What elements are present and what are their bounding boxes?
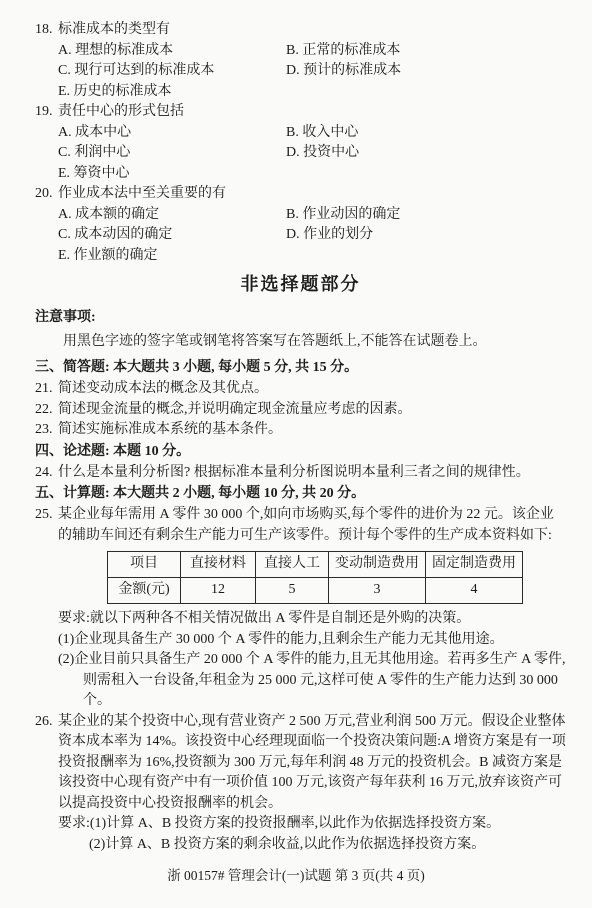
option-b: B. 正常的标准成本: [286, 41, 566, 62]
question-24: 24. 什么是本量利分析图? 根据标准本量利分析图说明本量利三者之间的规律性。: [35, 463, 566, 484]
options-row: E. 作业额的确定: [58, 246, 566, 267]
header-cell: 固定制造费用: [426, 552, 523, 578]
section-5-header: 五、计算题: 本大题共 2 小题, 每小题 10 分, 共 20 分。: [35, 483, 566, 505]
options-row: A. 理想的标准成本 B. 正常的标准成本: [58, 41, 566, 62]
data-cell: 4: [426, 578, 523, 604]
question-text: 简述现金流量的概念,并说明确定现金流量应考虑的因素。: [58, 402, 412, 417]
header-cell: 项目: [108, 552, 181, 578]
question-text: 标准成本的类型有: [58, 22, 170, 37]
header-cell: 直接人工: [256, 552, 329, 578]
option-a: A. 成本额的确定: [58, 205, 286, 226]
data-cell: 金额(元): [108, 578, 181, 604]
option-e: E. 筹资中心: [58, 164, 286, 185]
options-row: C. 利润中心 D. 投资中心: [58, 143, 566, 164]
question-text: 简述变动成本法的概念及其优点。: [58, 381, 268, 396]
option-d: D. 投资中心: [286, 143, 566, 164]
question-26: 26. 某企业的某个投资中心,现有营业资产 2 500 万元,营业利润 500 …: [35, 712, 566, 815]
option-c: C. 利润中心: [58, 143, 286, 164]
option-e: E. 作业额的确定: [58, 246, 286, 267]
question-20: 20. 作业成本法中至关重要的有: [35, 184, 566, 205]
option-e: E. 历史的标准成本: [58, 82, 286, 103]
option-b: B. 作业动因的确定: [286, 205, 566, 226]
notice-title: 注意事项:: [35, 306, 566, 330]
part-heading: 非选择题部分: [35, 272, 566, 296]
question-number: 22.: [35, 400, 53, 421]
q26-requirement-2: (2)计算 A、B 投资方案的剩余收益,以此作为依据选择投资方案。: [58, 835, 566, 856]
question-number: 23.: [35, 420, 53, 441]
question-text: 某企业每年需用 A 零件 30 000 个,如向市场购买,每个零件的进价为 22…: [58, 507, 554, 543]
data-cell: 12: [181, 578, 256, 604]
question-number: 18.: [35, 20, 53, 41]
options-row: C. 现行可达到的标准成本 D. 预计的标准成本: [58, 61, 566, 82]
section-3-header: 三、简答题: 本大题共 3 小题, 每小题 5 分, 共 15 分。: [35, 357, 566, 379]
data-cell: 3: [329, 578, 426, 604]
options-row: E. 历史的标准成本: [58, 82, 566, 103]
option-d: D. 作业的划分: [286, 225, 566, 246]
question-text: 作业成本法中至关重要的有: [58, 186, 226, 201]
q25-case-1: (1)企业现具备生产 30 000 个 A 零件的能力,且剩余生产能力无其他用途…: [58, 630, 566, 651]
question-number: 26.: [35, 712, 53, 733]
question-number: 19.: [35, 102, 53, 123]
option-b: B. 收入中心: [286, 123, 566, 144]
question-number: 24.: [35, 463, 53, 484]
q25-case-2: (2)企业目前只具备生产 20 000 个 A 零件的能力,且无其他用途。若再多…: [58, 650, 566, 712]
option-a: A. 成本中心: [58, 123, 286, 144]
question-number: 20.: [35, 184, 53, 205]
option-c: C. 成本动因的确定: [58, 225, 286, 246]
option-d: D. 预计的标准成本: [286, 61, 566, 82]
question-25: 25. 某企业每年需用 A 零件 30 000 个,如向市场购买,每个零件的进价…: [35, 505, 566, 546]
options-row: A. 成本额的确定 B. 作业动因的确定: [58, 205, 566, 226]
options-row: A. 成本中心 B. 收入中心: [58, 123, 566, 144]
header-cell: 直接材料: [181, 552, 256, 578]
data-cell: 5: [256, 578, 329, 604]
question-number: 21.: [35, 379, 53, 400]
options-row: E. 筹资中心: [58, 164, 566, 185]
question-text: 某企业的某个投资中心,现有营业资产 2 500 万元,营业利润 500 万元。假…: [58, 714, 566, 811]
question-21: 21. 简述变动成本法的概念及其优点。: [35, 379, 566, 400]
question-23: 23. 简述实施标准成本系统的基本条件。: [35, 420, 566, 441]
table-header-row: 项目 直接材料 直接人工 变动制造费用 固定制造费用: [108, 552, 523, 578]
exam-content: 18. 标准成本的类型有 A. 理想的标准成本 B. 正常的标准成本 C. 现行…: [0, 0, 592, 855]
notice-body: 用黑色字迹的签字笔或钢笔将答案写在答题纸上,不能答在试题卷上。: [35, 330, 566, 354]
exam-page: 18. 标准成本的类型有 A. 理想的标准成本 B. 正常的标准成本 C. 现行…: [0, 0, 592, 908]
page-footer: 浙 00157# 管理会计(一)试题 第 3 页(共 4 页): [0, 866, 592, 887]
q26-requirement-1: 要求:(1)计算 A、B 投资方案的投资报酬率,以此作为依据选择投资方案。: [58, 814, 566, 835]
question-text: 简述实施标准成本系统的基本条件。: [58, 422, 282, 437]
q25-requirement: 要求:就以下两种各不相关情况做出 A 零件是自制还是外购的决策。: [58, 609, 566, 630]
section-4-header: 四、论述题: 本题 10 分。: [35, 441, 566, 463]
question-18: 18. 标准成本的类型有: [35, 20, 566, 41]
option-a: A. 理想的标准成本: [58, 41, 286, 62]
question-text: 责任中心的形式包括: [58, 104, 184, 119]
question-19: 19. 责任中心的形式包括: [35, 102, 566, 123]
header-cell: 变动制造费用: [329, 552, 426, 578]
table-row: 金额(元) 12 5 3 4: [108, 578, 523, 604]
question-text: 什么是本量利分析图? 根据标准本量利分析图说明本量利三者之间的规律性。: [58, 465, 530, 480]
cost-table: 项目 直接材料 直接人工 变动制造费用 固定制造费用 金额(元) 12 5 3 …: [107, 551, 523, 604]
options-row: C. 成本动因的确定 D. 作业的划分: [58, 225, 566, 246]
question-number: 25.: [35, 505, 53, 526]
option-c: C. 现行可达到的标准成本: [58, 61, 286, 82]
question-22: 22. 简述现金流量的概念,并说明确定现金流量应考虑的因素。: [35, 400, 566, 421]
